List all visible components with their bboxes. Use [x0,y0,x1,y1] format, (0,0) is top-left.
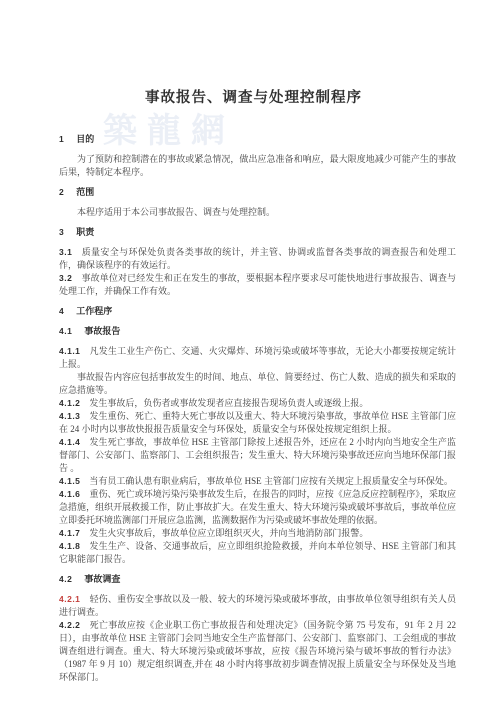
clause-text: 死亡事故应按《企业职工伤亡事故报告和处理决定》（国务院令第 75 号发布，91 … [59,620,456,682]
heading-label: 职责 [76,227,94,237]
subsection-heading-4-2: 4.2事故调查 [59,573,456,586]
heading-label: 工作程序 [76,306,112,316]
clause-4-2-2: 4.2.2死亡事故应按《企业职工伤亡事故报告和处理决定》（国务院令第 75 号发… [59,619,456,684]
clause-text: 发生事故后，负伤者或事故发现者应直接报告现场负责人或逐级上报。 [89,398,368,408]
section-number: 2 [59,187,64,197]
paragraph: 事故报告内容应包括事故发生的时间、地点、单位、简要经过、伤亡人数、造成的损失和采… [59,371,456,397]
clause-4-1-5: 4.1.5当有员工确认患有职业病后，事故单位 HSE 主管部门应按有关规定上报质… [59,475,456,488]
clause-4-1-7: 4.1.7发生火灾事故后，事故单位应立即组织灭火，并向当地消防部门报警。 [59,527,456,540]
clause-4-1-4: 4.1.4发生死亡事故，事故单位 HSE 主管部门除按上述报告外，还应在 2 小… [59,436,456,475]
clause-text: 发生死亡事故，事故单位 HSE 主管部门除按上述报告外，还应在 2 小时内向当地… [59,437,456,473]
clause-4-1-3: 4.1.3发生重伤、死亡、重特大死亡事故以及重大、特大环境污染事故，事故单位 H… [59,410,456,436]
clause-text: 轻伤、重伤安全事故以及一般、较大的环境污染或破坏事故，由事故单位领导组织有关人员… [59,594,456,617]
section-number: 3 [59,227,64,237]
clause-number: 3.2 [59,273,72,283]
subsection-number: 4.2 [59,574,72,584]
heading-label: 事故调查 [84,574,120,584]
clause-text: 质量安全与环保处负责各类事故的统计，并主管、协调或监督各类事故的调查报告和处理工… [59,247,456,270]
paragraph: 为了预防和控制潜在的事故或紧急情况，做出应急准备和响应，最大限度地减少可能产生的… [59,153,456,179]
document-body: 1目的 为了预防和控制潜在的事故或紧急情况，做出应急准备和响应，最大限度地减少可… [59,133,456,684]
clause-3-1: 3.1质量安全与环保处负责各类事故的统计，并主管、协调或监督各类事故的调查报告和… [59,246,456,272]
section-number: 1 [59,134,64,144]
document-title: 事故报告、调查与处理控制程序 [59,86,448,107]
clause-text: 发生火灾事故后，事故单位应立即组织灭火，并向当地消防部门报警。 [89,528,368,538]
section-heading-4: 4工作程序 [59,305,456,318]
clause-number: 3.1 [59,247,72,257]
section-heading-1: 1目的 [59,133,456,146]
clause-3-2: 3.2事故单位对已经发生和正在发生的事故，要根据本程序要求尽可能快地进行事故报告… [59,272,456,298]
clause-4-2-1: 4.2.1轻伤、重伤安全事故以及一般、较大的环境污染或破坏事故，由事故单位领导组… [59,593,456,619]
subsection-heading-4-1: 4.1事故报告 [59,325,456,338]
document-page: 築龍網 事故报告、调查与处理控制程序 1目的 为了预防和控制潜在的事故或紧急情况… [0,0,500,707]
clause-number-red: 4.2.1 [59,594,80,604]
clause-4-1-8: 4.1.8发生生产、设备、交通事故后，应立即组织抢险救援，并向本单位领导、HSE… [59,540,456,566]
clause-4-1-2: 4.1.2发生事故后，负伤者或事故发现者应直接报告现场负责人或逐级上报。 [59,397,456,410]
clause-4-1-6: 4.1.6重伤、死亡或环境污染污染事故发生后，在报告的同时，应按《应急反应控制程… [59,488,456,527]
section-heading-2: 2范围 [59,186,456,199]
clause-text: 重伤、死亡或环境污染污染事故发生后，在报告的同时，应按《应急反应控制程序》，采取… [59,489,456,525]
clause-number: 4.1.7 [59,528,80,538]
heading-label: 范围 [76,187,94,197]
subsection-number: 4.1 [59,326,72,336]
clause-text: 凡发生工业生产伤亡、交通、火灾爆炸、环境污染或破坏等事故，无论大小都要按规定统计… [59,346,456,369]
section-number: 4 [59,306,64,316]
clause-text: 事故单位对已经发生和正在发生的事故，要根据本程序要求尽可能快地进行事故报告、调查… [59,273,456,296]
clause-number: 4.1.8 [59,541,80,551]
clause-text: 发生重伤、死亡、重特大死亡事故以及重大、特大环境污染事故，事故单位 HSE 主管… [59,411,456,434]
clause-number: 4.1.6 [59,489,80,499]
clause-text: 发生生产、设备、交通事故后，应立即组织抢险救援，并向本单位领导、HSE 主管部门… [59,541,456,564]
clause-number: 4.2.2 [59,620,80,630]
clause-number: 4.1.5 [59,476,80,486]
heading-label: 目的 [76,134,94,144]
paragraph: 本程序适用于本公司事故报告、调查与处理控制。 [59,206,456,219]
clause-number: 4.1.2 [59,398,80,408]
clause-number: 4.1.1 [59,346,80,356]
section-heading-3: 3职责 [59,226,456,239]
clause-number: 4.1.3 [59,411,80,421]
clause-text: 当有员工确认患有职业病后，事故单位 HSE 主管部门应按有关规定上报质量安全与环… [89,476,453,486]
heading-label: 事故报告 [84,326,120,336]
clause-4-1-1: 4.1.1凡发生工业生产伤亡、交通、火灾爆炸、环境污染或破坏等事故，无论大小都要… [59,345,456,371]
clause-number: 4.1.4 [59,437,80,447]
